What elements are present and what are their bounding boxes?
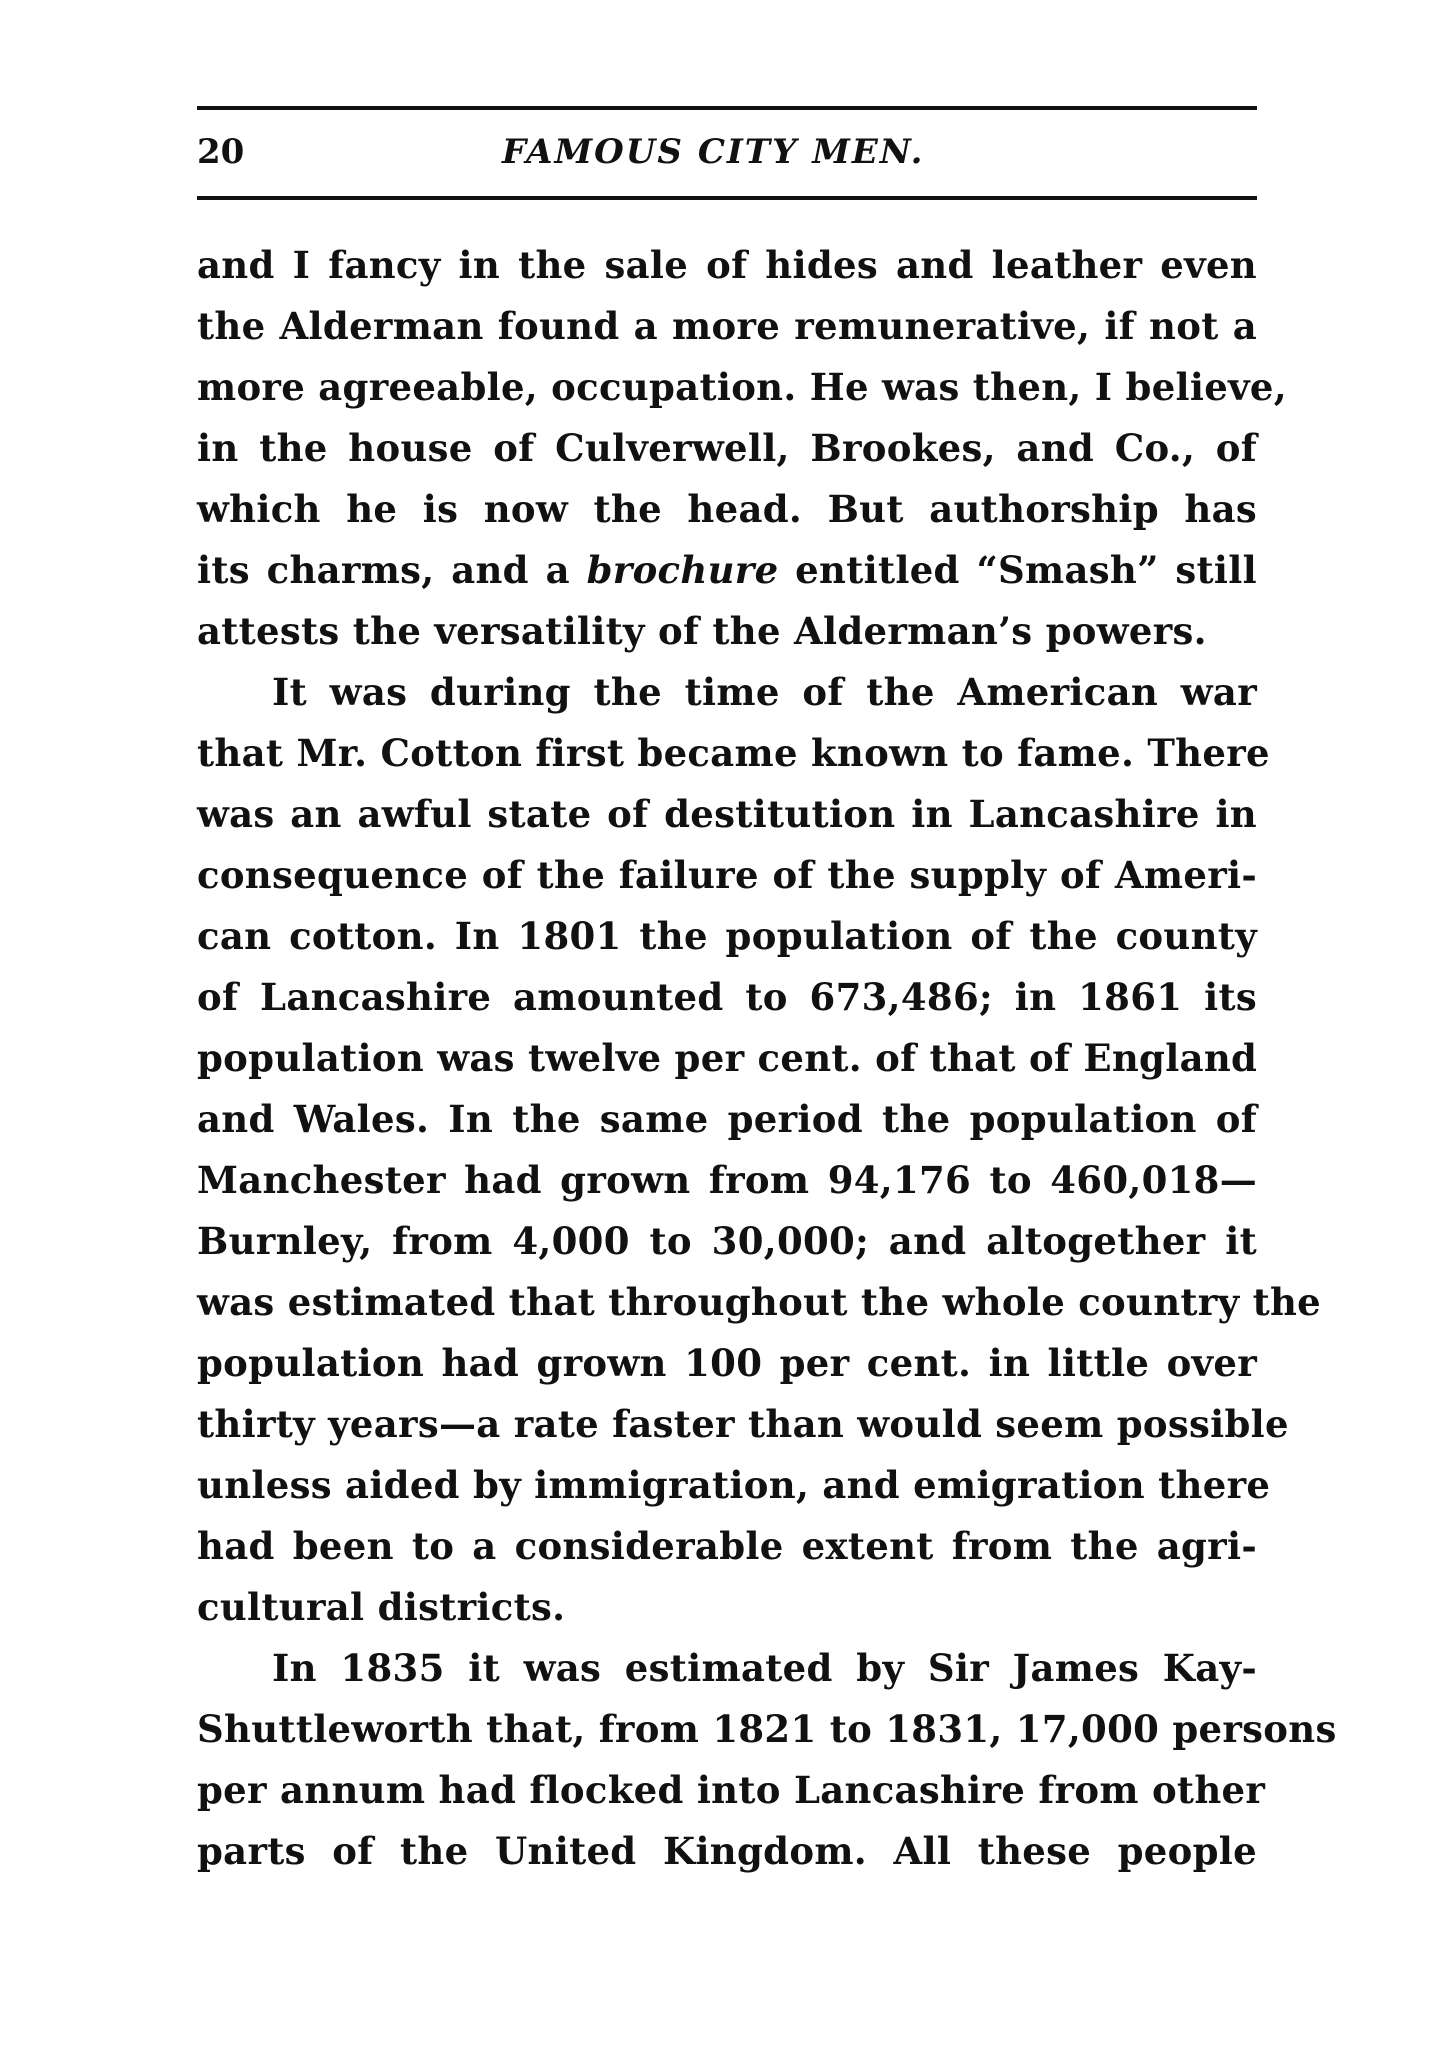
text-line: Burnley, from 4,000 to 30,000; and altog… [197,1211,1257,1272]
text-line: Manchester had grown from 94,176 to 460,… [197,1150,1257,1211]
text-line: had been to a considerable extent from t… [197,1516,1257,1577]
text-line: population was twelve per cent. of that … [197,1028,1257,1089]
text-line: the Alderman found a more remunerative, … [197,296,1257,357]
text-line: was estimated that throughout the whole … [197,1272,1257,1333]
running-title: FAMOUS CITY MEN. [502,132,925,172]
page-number: 20 [197,132,244,172]
text-line-paragraph-start: It was during the time of the American w… [197,662,1257,723]
text-line-paragraph-end: attests the versatility of the Alderman’… [197,601,1257,662]
text-line: Shuttleworth that, from 1821 to 1831, 17… [197,1699,1257,1760]
text-line-paragraph-start: In 1835 it was estimated by Sir James Ka… [197,1638,1257,1699]
text-line: unless aided by immigration, and emigrat… [197,1455,1257,1516]
text-line: population had grown 100 per cent. in li… [197,1333,1257,1394]
text-line-paragraph-end: cultural districts. [197,1577,1257,1638]
text-run: its charms, and a [197,548,587,592]
text-line: which he is now the head. But authorship… [197,479,1257,540]
text-line: and Wales. In the same period the popula… [197,1089,1257,1150]
text-line-with-italic: its charms, and a brochure entitled “Sma… [197,540,1257,601]
running-head: 20 FAMOUS CITY MEN. [197,128,1257,178]
text-line: consequence of the failure of the supply… [197,845,1257,906]
text-line: more agreeable, occupation. He was then,… [197,357,1257,418]
text-line: per annum had flocked into Lancashire fr… [197,1760,1257,1821]
header-top-rule [197,106,1257,110]
text-line: was an awful state of destitution in Lan… [197,784,1257,845]
text-line: in the house of Culverwell, Brookes, and… [197,418,1257,479]
text-line: and I fancy in the sale of hides and lea… [197,235,1257,296]
text-line: of Lancashire amounted to 673,486; in 18… [197,967,1257,1028]
text-line: thirty years—a rate faster than would se… [197,1394,1257,1455]
text-run: entitled “Smash” still [778,548,1257,592]
italic-word-brochure: brochure [587,548,779,592]
text-line: can cotton. In 1801 the population of th… [197,906,1257,967]
body-text: and I fancy in the sale of hides and lea… [197,235,1257,1882]
header-bottom-rule [197,196,1257,200]
text-line: that Mr. Cotton first became known to fa… [197,723,1257,784]
text-line: parts of the United Kingdom. All these p… [197,1821,1257,1882]
